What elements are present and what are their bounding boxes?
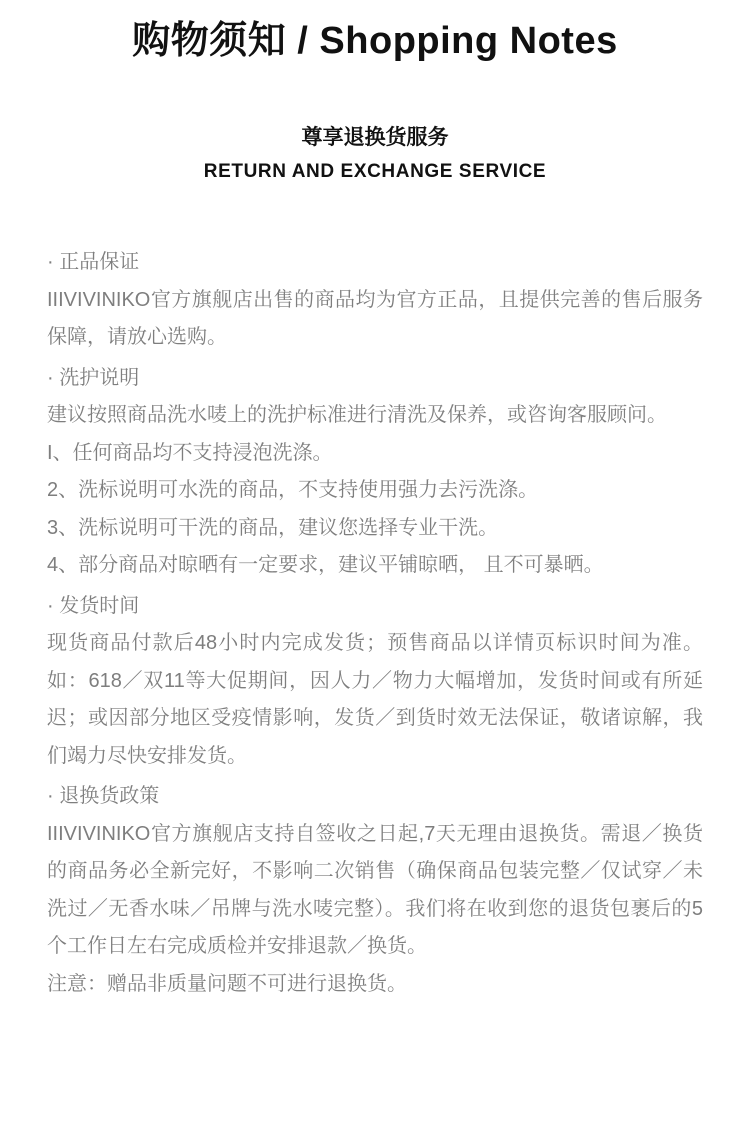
section-title-care-instructions: · 洗护说明 xyxy=(47,360,703,398)
gift-note: 注意：赠品非质量问题不可进行退换货。 xyxy=(47,966,703,1004)
care-rule-2: 2、洗标说明可水洗的商品，不支持使用强力去污洗涤。 xyxy=(47,472,703,510)
page-title: 购物须知 / Shopping Notes xyxy=(0,20,750,62)
section-title-return-policy: · 退换货政策 xyxy=(47,778,703,816)
section-title-authenticity: · 正品保证 xyxy=(47,244,703,282)
shipping-time-paragraph: 现货商品付款后48小时内完成发货；预售商品以详情页标识时间为准。如：618／双1… xyxy=(47,625,703,775)
care-rule-4: 4、部分商品对晾晒有一定要求，建议平铺晾晒， 且不可暴晒。 xyxy=(47,547,703,585)
care-rule-3: 3、洗标说明可干洗的商品，建议您选择专业干洗。 xyxy=(47,510,703,548)
shopping-notes-body: · 正品保证 IIIVIVINIKO官方旗舰店出售的商品均为官方正品，且提供完善… xyxy=(0,244,750,1003)
section-shipping-time: · 发货时间 现货商品付款后48小时内完成发货；预售商品以详情页标识时间为准。如… xyxy=(47,588,703,776)
section-title-shipping-time: · 发货时间 xyxy=(47,588,703,626)
subtitle-chinese: 尊享退换货服务 xyxy=(0,126,750,150)
subtitle-block: 尊享退换货服务 RETURN AND EXCHANGE SERVICE xyxy=(0,126,750,183)
return-policy-paragraph: IIIVIVINIKO官方旗舰店支持自签收之日起,7天无理由退换货。需退／换货的… xyxy=(47,816,703,966)
section-return-policy: · 退换货政策 IIIVIVINIKO官方旗舰店支持自签收之日起,7天无理由退换… xyxy=(47,778,703,1003)
subtitle-english: RETURN AND EXCHANGE SERVICE xyxy=(0,161,750,183)
care-intro-paragraph: 建议按照商品洗水唛上的洗护标准进行清洗及保养，或咨询客服顾问。 xyxy=(47,397,703,435)
authenticity-paragraph: IIIVIVINIKO官方旗舰店出售的商品均为官方正品，且提供完善的售后服务保障… xyxy=(47,282,703,357)
section-care-instructions: · 洗护说明 建议按照商品洗水唛上的洗护标准进行清洗及保养，或咨询客服顾问。 I… xyxy=(47,360,703,585)
page-header: 购物须知 / Shopping Notes 尊享退换货服务 RETURN AND… xyxy=(0,20,750,183)
care-rule-1: I、任何商品均不支持浸泡洗涤。 xyxy=(47,435,703,473)
section-authenticity: · 正品保证 IIIVIVINIKO官方旗舰店出售的商品均为官方正品，且提供完善… xyxy=(47,244,703,357)
